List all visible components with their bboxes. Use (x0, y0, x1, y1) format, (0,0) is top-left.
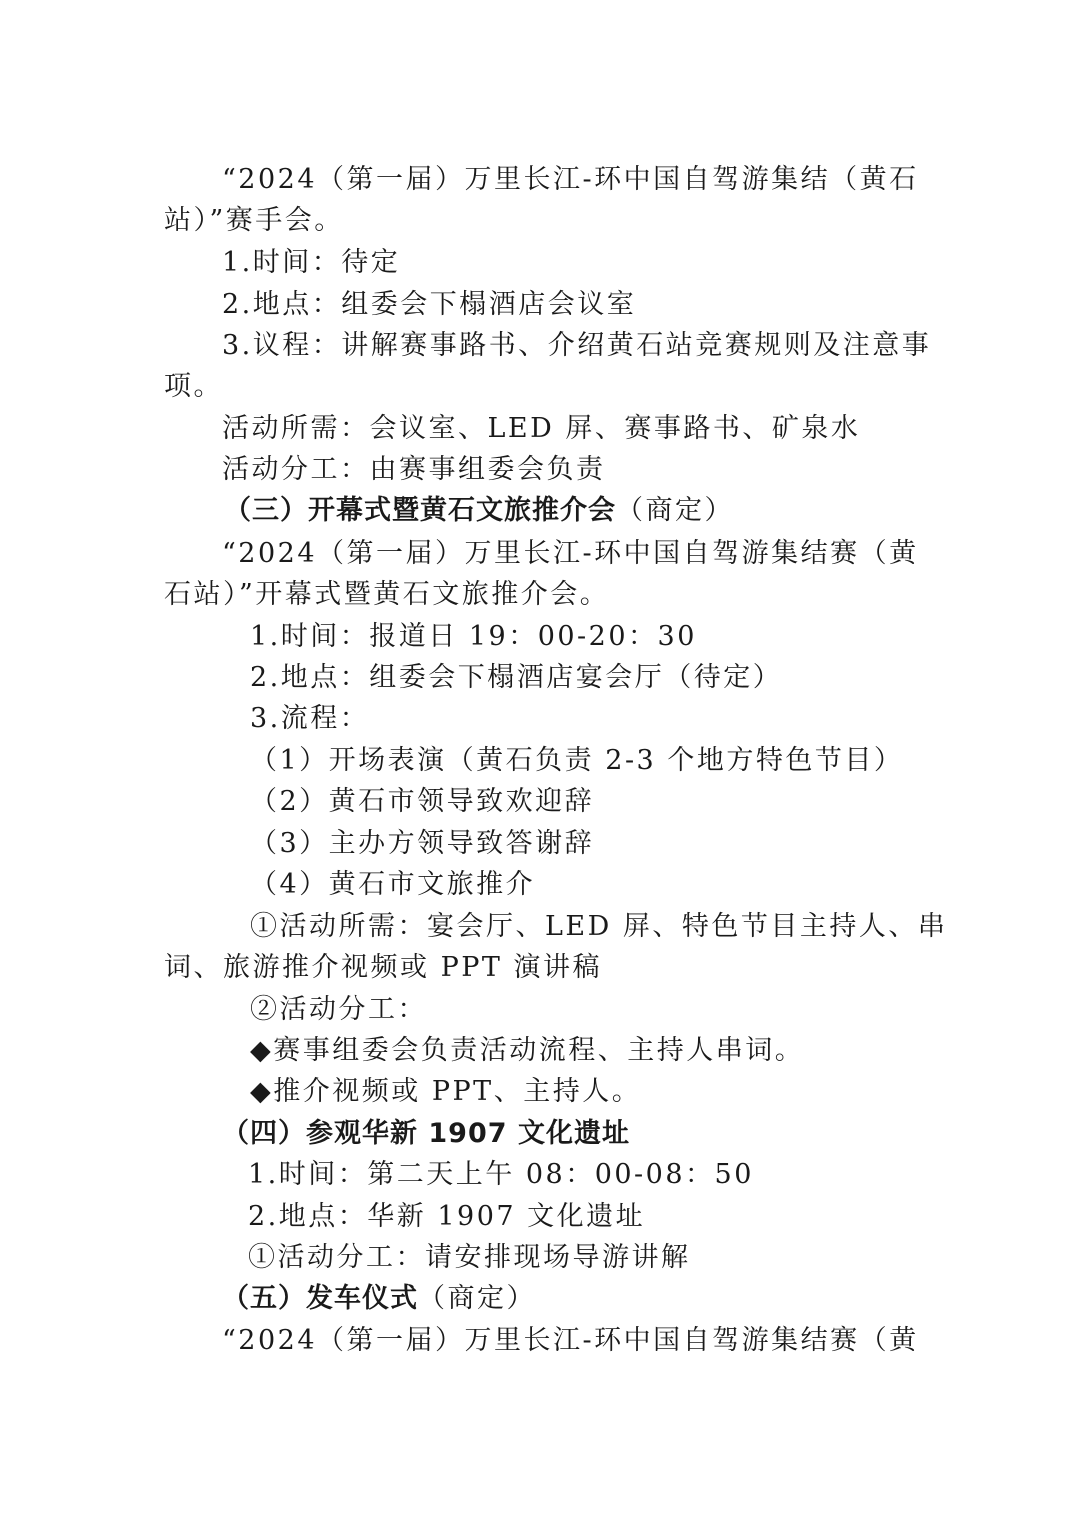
paragraph-opening-line-1: “2024（第一届）万里长江-环中国自驾游集结赛（黄 (222, 537, 919, 571)
section-heading-5-title: （五）发车仪式 (222, 1283, 418, 1314)
division-bullet-2: ◆推介视频或 PPT、主持人。 (250, 1075, 641, 1109)
paragraph-departure-line-1: “2024（第一届）万里长江-环中国自驾游集结赛（黄 (222, 1324, 919, 1358)
opening-process-label: 3.流程： (250, 702, 369, 736)
visit-time: 1.时间：第二天上午 08：00-08：50 (248, 1158, 754, 1192)
process-step-2: （2）黄石市领导致欢迎辞 (250, 785, 594, 819)
section-heading-3-title: （三）开幕式暨黄石文旅推介会 (224, 495, 616, 526)
visit-location: 2.地点：华新 1907 文化遗址 (248, 1200, 645, 1234)
document-page: “2024（第一届）万里长江-环中国自驾游集结（黄石 站）”赛手会。 1.时间：… (0, 0, 1074, 1520)
opening-needs-line-1: ①活动所需：宴会厅、LED 屏、特色节目主持人、串 (250, 910, 947, 944)
section-heading-3: （三）开幕式暨黄石文旅推介会（商定） (224, 494, 734, 528)
opening-time: 1.时间：报道日 19：00-20：30 (250, 620, 697, 654)
process-step-4: （4）黄石市文旅推介 (250, 868, 535, 902)
section-heading-4: （四）参观华新 1907 文化遗址 (222, 1117, 630, 1151)
division-bullet-1: ◆赛事组委会负责活动流程、主持人串词。 (250, 1034, 804, 1068)
opening-needs-line-2: 词、旅游推介视频或 PPT 演讲稿 (164, 951, 602, 985)
section-heading-5: （五）发车仪式（商定） (222, 1282, 536, 1316)
process-step-3: （3）主办方领导致答谢辞 (250, 827, 594, 861)
process-step-1: （1）开场表演（黄石负责 2-3 个地方特色节目） (250, 744, 903, 778)
item-time: 1.时间：待定 (222, 246, 400, 280)
opening-division-label: ②活动分工： (250, 993, 427, 1027)
activity-needs: 活动所需：会议室、LED 屏、赛事路书、矿泉水 (222, 412, 860, 446)
item-agenda-line-2: 项。 (164, 370, 223, 404)
paragraph-intro-line-1: “2024（第一届）万里长江-环中国自驾游集结（黄石 (222, 163, 919, 197)
item-agenda-line-1: 3.议程：讲解赛事路书、介绍黄石站竞赛规则及注意事 (222, 329, 931, 363)
section-heading-5-note: （商定） (418, 1283, 536, 1314)
paragraph-intro-line-2: 站）”赛手会。 (164, 204, 344, 238)
activity-division: 活动分工：由赛事组委会负责 (222, 453, 606, 487)
section-heading-3-note: （商定） (616, 495, 734, 526)
paragraph-opening-line-2: 石站）”开幕式暨黄石文旅推介会。 (164, 578, 609, 612)
section-heading-4-title: （四）参观华新 1907 文化遗址 (222, 1118, 630, 1149)
visit-division: ①活动分工：请安排现场导游讲解 (248, 1241, 691, 1275)
item-location: 2.地点：组委会下榻酒店会议室 (222, 288, 636, 322)
opening-location: 2.地点：组委会下榻酒店宴会厅（待定） (250, 661, 782, 695)
